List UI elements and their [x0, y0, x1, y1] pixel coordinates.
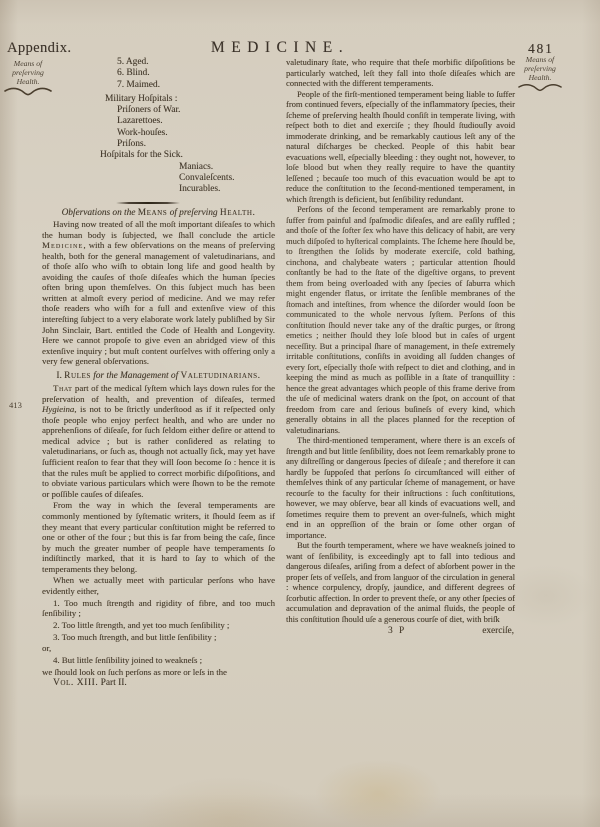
list-item: Work-houſes. [42, 128, 275, 139]
heading-text: for the Management of [91, 371, 181, 381]
numbered-item: 2. Too little ſtrength, and yet too much… [42, 620, 275, 631]
paragraph-text: part of the medical ſyſtem which lays do… [42, 383, 275, 404]
article-reference: Medicine [42, 240, 83, 250]
running-head-appendix: Appendix. [7, 40, 71, 57]
list-item: 5. Aged. [42, 57, 275, 68]
body-paragraph: But the fourth temperament, where we hav… [286, 540, 515, 624]
volume-signature: Vol. XIII. Part II. [42, 678, 275, 688]
body-paragraph: People of the firſt-mentioned temperamen… [286, 89, 515, 205]
body-paragraph: Perſons of the ſecond temperament are re… [286, 204, 515, 435]
book-page: Appendix. MEDICINE. 481 Means of preſerv… [0, 0, 600, 827]
running-head-title: MEDICINE. [120, 39, 440, 57]
numbered-item: 3. Too much ſtrength, and but little ſen… [42, 632, 275, 643]
list-item: 6. Blind. [42, 68, 275, 79]
volume-text: Vol. XIII. [53, 678, 98, 688]
numbered-item: 4. But little ſenſibility joined to weak… [42, 655, 275, 666]
paragraph-text: Having now treated of all the moſt impor… [42, 219, 275, 240]
list-item: Incurables. [42, 184, 275, 195]
margin-note-right: Means of preſerving Health. [515, 56, 565, 92]
body-paragraph: valetudinary ſtate, who require that the… [286, 57, 515, 89]
list-item: Military Hoſpitals : [42, 94, 275, 105]
list-item: Hoſpitals for the Sick. [42, 150, 275, 161]
paragraph-text: , is not to be ſtrictly underſtood as if… [42, 404, 275, 498]
rules-heading: I. Rules for the Management of Valetudin… [42, 371, 275, 381]
section-divider [116, 202, 180, 204]
term-hygieina: Hygieina [42, 404, 74, 414]
numbered-item: 1. Too much ſtrength and rigidity of fib… [42, 598, 275, 619]
heading-text: of preſerving [167, 208, 220, 218]
heading-text: Obſervations on the [62, 208, 138, 218]
body-paragraph: From the way in which the ſeveral temper… [42, 500, 275, 574]
heading-text: Means [138, 208, 168, 218]
column-foot: 3 P exerciſe, [286, 626, 515, 638]
body-paragraph: That part of the medical ſyſtem which la… [42, 383, 275, 499]
body-paragraph: The third-mentioned temperament, where t… [286, 435, 515, 540]
list-item: Priſoners of War. [42, 105, 275, 116]
list-item: Lazarettoes. [42, 116, 275, 127]
body-paragraph: we ſhould look on ſuch perſons as more o… [42, 667, 275, 678]
body-paragraph: Having now treated of all the moſt impor… [42, 219, 275, 367]
column-right: valetudinary ſtate, who require that the… [286, 57, 515, 638]
numbered-item-continuation: or, [42, 643, 275, 654]
list-item: Convaleſcents. [42, 173, 275, 184]
margin-note-line: Health. [515, 74, 565, 83]
observations-heading: Obſervations on the Means of preſerving … [42, 208, 275, 218]
hospital-list: 5. Aged. 6. Blind. 7. Maimed. Military H… [42, 57, 275, 196]
catchword: exerciſe, [482, 626, 514, 636]
list-item: Maniacs. [42, 162, 275, 173]
paragraph-text: , with a few obſervations on the means o… [42, 240, 275, 366]
sheet-signature: 3 P [388, 626, 406, 636]
column-left: 5. Aged. 6. Blind. 7. Maimed. Military H… [42, 57, 275, 688]
list-item: 7. Maimed. [42, 80, 275, 91]
margin-paragraph-number: 413 [9, 400, 22, 410]
list-item: Priſons. [42, 139, 275, 150]
volume-text: Part II. [98, 678, 126, 688]
heading-text: I. [56, 371, 64, 381]
heading-text: Rules [64, 371, 91, 381]
heading-text: Health. [220, 208, 256, 218]
flourish-icon [518, 83, 562, 92]
heading-text: Valetudinarians. [180, 371, 260, 381]
paragraph-text: That [53, 383, 72, 393]
body-paragraph: When we actually meet with particular pe… [42, 575, 275, 596]
